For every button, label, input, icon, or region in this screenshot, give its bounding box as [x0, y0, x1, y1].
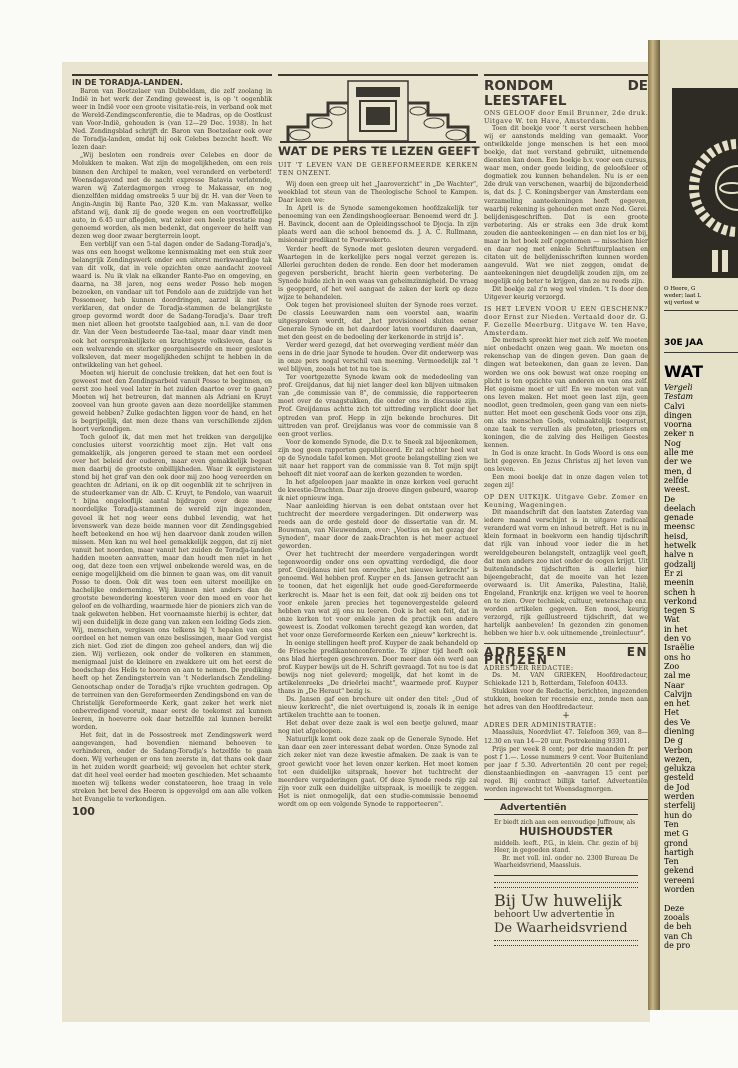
- decorative-border: [494, 940, 638, 946]
- redactie-heading: ADRES DER REDACTIE:: [484, 664, 648, 672]
- admin-prices: Prijs per week 8 cent; per drie maanden …: [484, 746, 648, 794]
- year-label: 30E JAA: [664, 338, 703, 348]
- next-page-fragment: O Heere, G weder; laat L wij verlost w 3…: [660, 40, 738, 1010]
- admin-address: Maassluis, Noordvliet 47. Telefoon 369, …: [484, 729, 648, 745]
- text-line: vereeni: [664, 876, 697, 885]
- ad-contact: Br. met voll. inl. onder no. 2300 Bureau…: [494, 855, 638, 870]
- paragraph: Een mooi boekje dat in onze dagen velen …: [484, 474, 648, 490]
- text-line: [664, 894, 697, 903]
- paragraph: Het feit, dat in de Possostreek met Zend…: [72, 732, 272, 804]
- text-line: voorna: [664, 420, 697, 429]
- paragraph: De mensch spreekt hier met zich zelf. We…: [484, 337, 648, 450]
- text-line: gelukza: [664, 764, 697, 773]
- text-line: Ten: [664, 820, 697, 829]
- paragraph: Wij doen een greep uit het „Jaaroverzich…: [278, 181, 478, 205]
- book-heading: ONS GELOOF door Emil Brunner, 2de druk. …: [484, 109, 648, 125]
- text-line: zeker n: [664, 429, 697, 438]
- top-rule: [484, 74, 648, 76]
- book-heading: OP DEN UITKIJK. Uitgave Gebr. Zomer en K…: [484, 493, 648, 509]
- wedding-ad: Bij Uw huwelijk behoort Uw advertentie i…: [494, 875, 638, 946]
- text-line: en het: [664, 699, 697, 708]
- housekeeper-ad: Er biedt zich aan een eenvoudige Juffrou…: [494, 819, 638, 870]
- next-page-body: VergeliTestamCalvidingenvoornazeker nNog…: [664, 383, 697, 950]
- reading-table-article: RONDOM DE LEESTAFEL ONS GELOOF door Emil…: [484, 74, 648, 950]
- addresses-title: ADRESSEN EN PRIJZEN: [484, 648, 648, 664]
- paragraph: Over het tuchtrecht der meerdere vergade…: [278, 551, 478, 640]
- paragraph: Het debat over deze zaak is wel een beet…: [278, 720, 478, 736]
- paragraph: Een verblijf van een 5-tal dagen onder d…: [72, 241, 272, 370]
- text-line: tegen S: [664, 606, 697, 615]
- text-line: verkond: [664, 597, 697, 606]
- paragraph: Baron van Boetzelaer van Dubbeldam, die …: [72, 88, 272, 152]
- text-line: deelach: [664, 504, 697, 513]
- text-line: de Jod: [664, 783, 697, 792]
- paragraph: Verder werd gezegd, dat het overweging v…: [278, 342, 478, 374]
- addresses-section: ADRESSEN EN PRIJZEN ADRES DER REDACTIE: …: [484, 643, 648, 794]
- text-line: worden: [664, 885, 697, 894]
- page-spine: [648, 40, 660, 1010]
- top-rule: [72, 74, 272, 76]
- paragraph: Moeten wij hieruit de conclusie trekken,…: [72, 370, 272, 434]
- text-line: halve n: [664, 550, 697, 559]
- paragraph: In God is onze kracht. In Gods Woord is …: [484, 450, 648, 474]
- wedding-ad-line3: De Waarheidsvriend: [494, 921, 638, 936]
- text-line: des Ve: [664, 718, 697, 727]
- text-line: De g: [664, 736, 697, 745]
- text-line: diening: [664, 727, 697, 736]
- section-title: RONDOM DE LEESTAFEL: [484, 79, 648, 109]
- decorative-border: [494, 882, 638, 888]
- book-heading: IS HET LEVEN VOOR U EEN GESCHENK? door E…: [484, 305, 648, 337]
- text-line: in het: [664, 625, 697, 634]
- text-line: Calvijn: [664, 690, 697, 699]
- cross-separator: +: [484, 712, 648, 721]
- masthead-caption: O Heere, G weder; laat L wij verlost w: [664, 286, 701, 306]
- paragraph: Ter voortgezette Synode kwam ook de mede…: [278, 374, 478, 438]
- text-line: Israëlie: [664, 643, 697, 652]
- text-line: Er zi: [664, 569, 697, 578]
- text-line: alle me: [664, 448, 697, 457]
- text-line: Wat: [664, 615, 697, 624]
- text-line: de pro: [664, 941, 697, 950]
- top-rule: [278, 74, 478, 76]
- text-line: der we: [664, 457, 697, 466]
- ad-intro: Er biedt zich aan een eenvoudige Juffrou…: [494, 819, 638, 827]
- article-title: IN DE TORADJA-LANDEN.: [72, 79, 272, 87]
- text-line: dingen: [664, 411, 697, 420]
- text-line: meenin: [664, 578, 697, 587]
- text-line: van Ch: [664, 932, 697, 941]
- text-line: Nog: [664, 439, 697, 448]
- printing-press-icon: [278, 79, 478, 143]
- paragraph: „Wij besloten een rondreis over Celebes …: [72, 152, 272, 241]
- paragraph: Naar aanleiding hiervan is een debat ont…: [278, 503, 478, 551]
- paragraph: In het afgeloopen jaar maakte in onze ke…: [278, 479, 478, 503]
- text-line: Testam: [664, 392, 697, 401]
- text-line: gekend: [664, 866, 697, 875]
- text-line: zooals: [664, 913, 697, 922]
- paragraph: Toch geloof ik, dat men met het trekken …: [72, 434, 272, 732]
- text-line: meensc: [664, 522, 697, 531]
- text-line: hetwelk: [664, 541, 697, 550]
- section-banner-title: WAT DE PERS TE LEZEN GEEFT: [278, 147, 478, 155]
- text-line: godzalij: [664, 560, 697, 569]
- text-line: Calvi: [664, 402, 697, 411]
- paragraph: Voor de komende Synode, die D.v. te Snee…: [278, 439, 478, 479]
- paragraph: Toen dit boekje voor 't eerst verscheen …: [484, 125, 648, 286]
- press-article: WAT DE PERS TE LEZEN GEEFT UIT 'T LEVEN …: [278, 74, 478, 809]
- text-line: werden: [664, 792, 697, 801]
- text-line: gesteld: [664, 773, 697, 782]
- text-line: Het: [664, 708, 697, 717]
- wedding-ad-line1: Bij Uw huwelijk: [494, 892, 638, 910]
- text-line: ons ho: [664, 653, 697, 662]
- text-line: zal me: [664, 671, 697, 680]
- paragraph: Verder heeft de Synode met gesloten deur…: [278, 246, 478, 302]
- paragraph: Dit boekje zal z'n weg wel vinden. 't Is…: [484, 286, 648, 302]
- text-line: grond: [664, 839, 697, 848]
- paragraph: Dit maandschrift dat den laatsten Zaterd…: [484, 509, 648, 638]
- text-line: Zoo: [664, 662, 697, 671]
- text-line: sterfelij: [664, 801, 697, 810]
- paragraph: In April is de Synode samengekomen hoofd…: [278, 205, 478, 245]
- paragraph: Ds. Jansen gaf een brochure uit onder de…: [278, 696, 478, 720]
- next-article-heading: WAT: [664, 362, 703, 381]
- article-subtitle: UIT 'T LEVEN VAN DE GEREFORMEERDE KERKEN…: [278, 161, 478, 177]
- paragraph: In eenige stellingen heeft prof. Kuyper …: [278, 640, 478, 696]
- text-line: de beh: [664, 922, 697, 931]
- text-line: wezen,: [664, 755, 697, 764]
- text-line: Deze: [664, 904, 697, 913]
- text-line: hartigh: [664, 848, 697, 857]
- admin-heading: ADRES DER ADMINISTRATIE:: [484, 721, 648, 729]
- advertisements-heading: Advertentiën: [494, 804, 638, 815]
- masthead-illustration: [672, 88, 738, 278]
- text-line: zelfde: [664, 476, 697, 485]
- text-line: men, d: [664, 467, 697, 476]
- redactie-note: Stukken voor de Redactie, berichten, ing…: [484, 688, 648, 712]
- paragraph: Natuurlijk komt ook deze zaak op de Gene…: [278, 736, 478, 808]
- text-line: schen h: [664, 588, 697, 597]
- text-line: Verbon: [664, 746, 697, 755]
- text-line: met G: [664, 829, 697, 838]
- ad-title: HUISHOUDSTER: [494, 829, 638, 837]
- text-line: De: [664, 495, 697, 504]
- text-line: weest.: [664, 485, 697, 494]
- toradja-article: IN DE TORADJA-LANDEN. Baron van Boetzela…: [72, 74, 272, 816]
- text-line: Ten: [664, 857, 697, 866]
- ad-body: middelb. leeft., P.G., in klein. Chr. ge…: [494, 840, 638, 855]
- text-line: heisd,: [664, 532, 697, 541]
- text-line: Naar: [664, 681, 697, 690]
- text-line: Vergeli: [664, 383, 697, 392]
- text-line: hun do: [664, 811, 697, 820]
- printing-press-illustration: [278, 79, 478, 143]
- sun-emblem-icon: [672, 88, 738, 278]
- page-number: 100: [72, 808, 272, 816]
- advertisements-section: Advertentiën Er biedt zich aan een eenvo…: [484, 799, 648, 946]
- text-line: genade: [664, 513, 697, 522]
- newspaper-page: IN DE TORADJA-LANDEN. Baron van Boetzela…: [62, 62, 650, 1022]
- paragraph: Ook tegen het provisioneel sluiten der S…: [278, 302, 478, 342]
- wedding-ad-line2: behoort Uw advertentie in: [494, 910, 638, 921]
- text-line: den vo: [664, 634, 697, 643]
- redactie-address: Ds. M. VAN GRIEKEN, Hoofdredacteur, Schi…: [484, 672, 648, 688]
